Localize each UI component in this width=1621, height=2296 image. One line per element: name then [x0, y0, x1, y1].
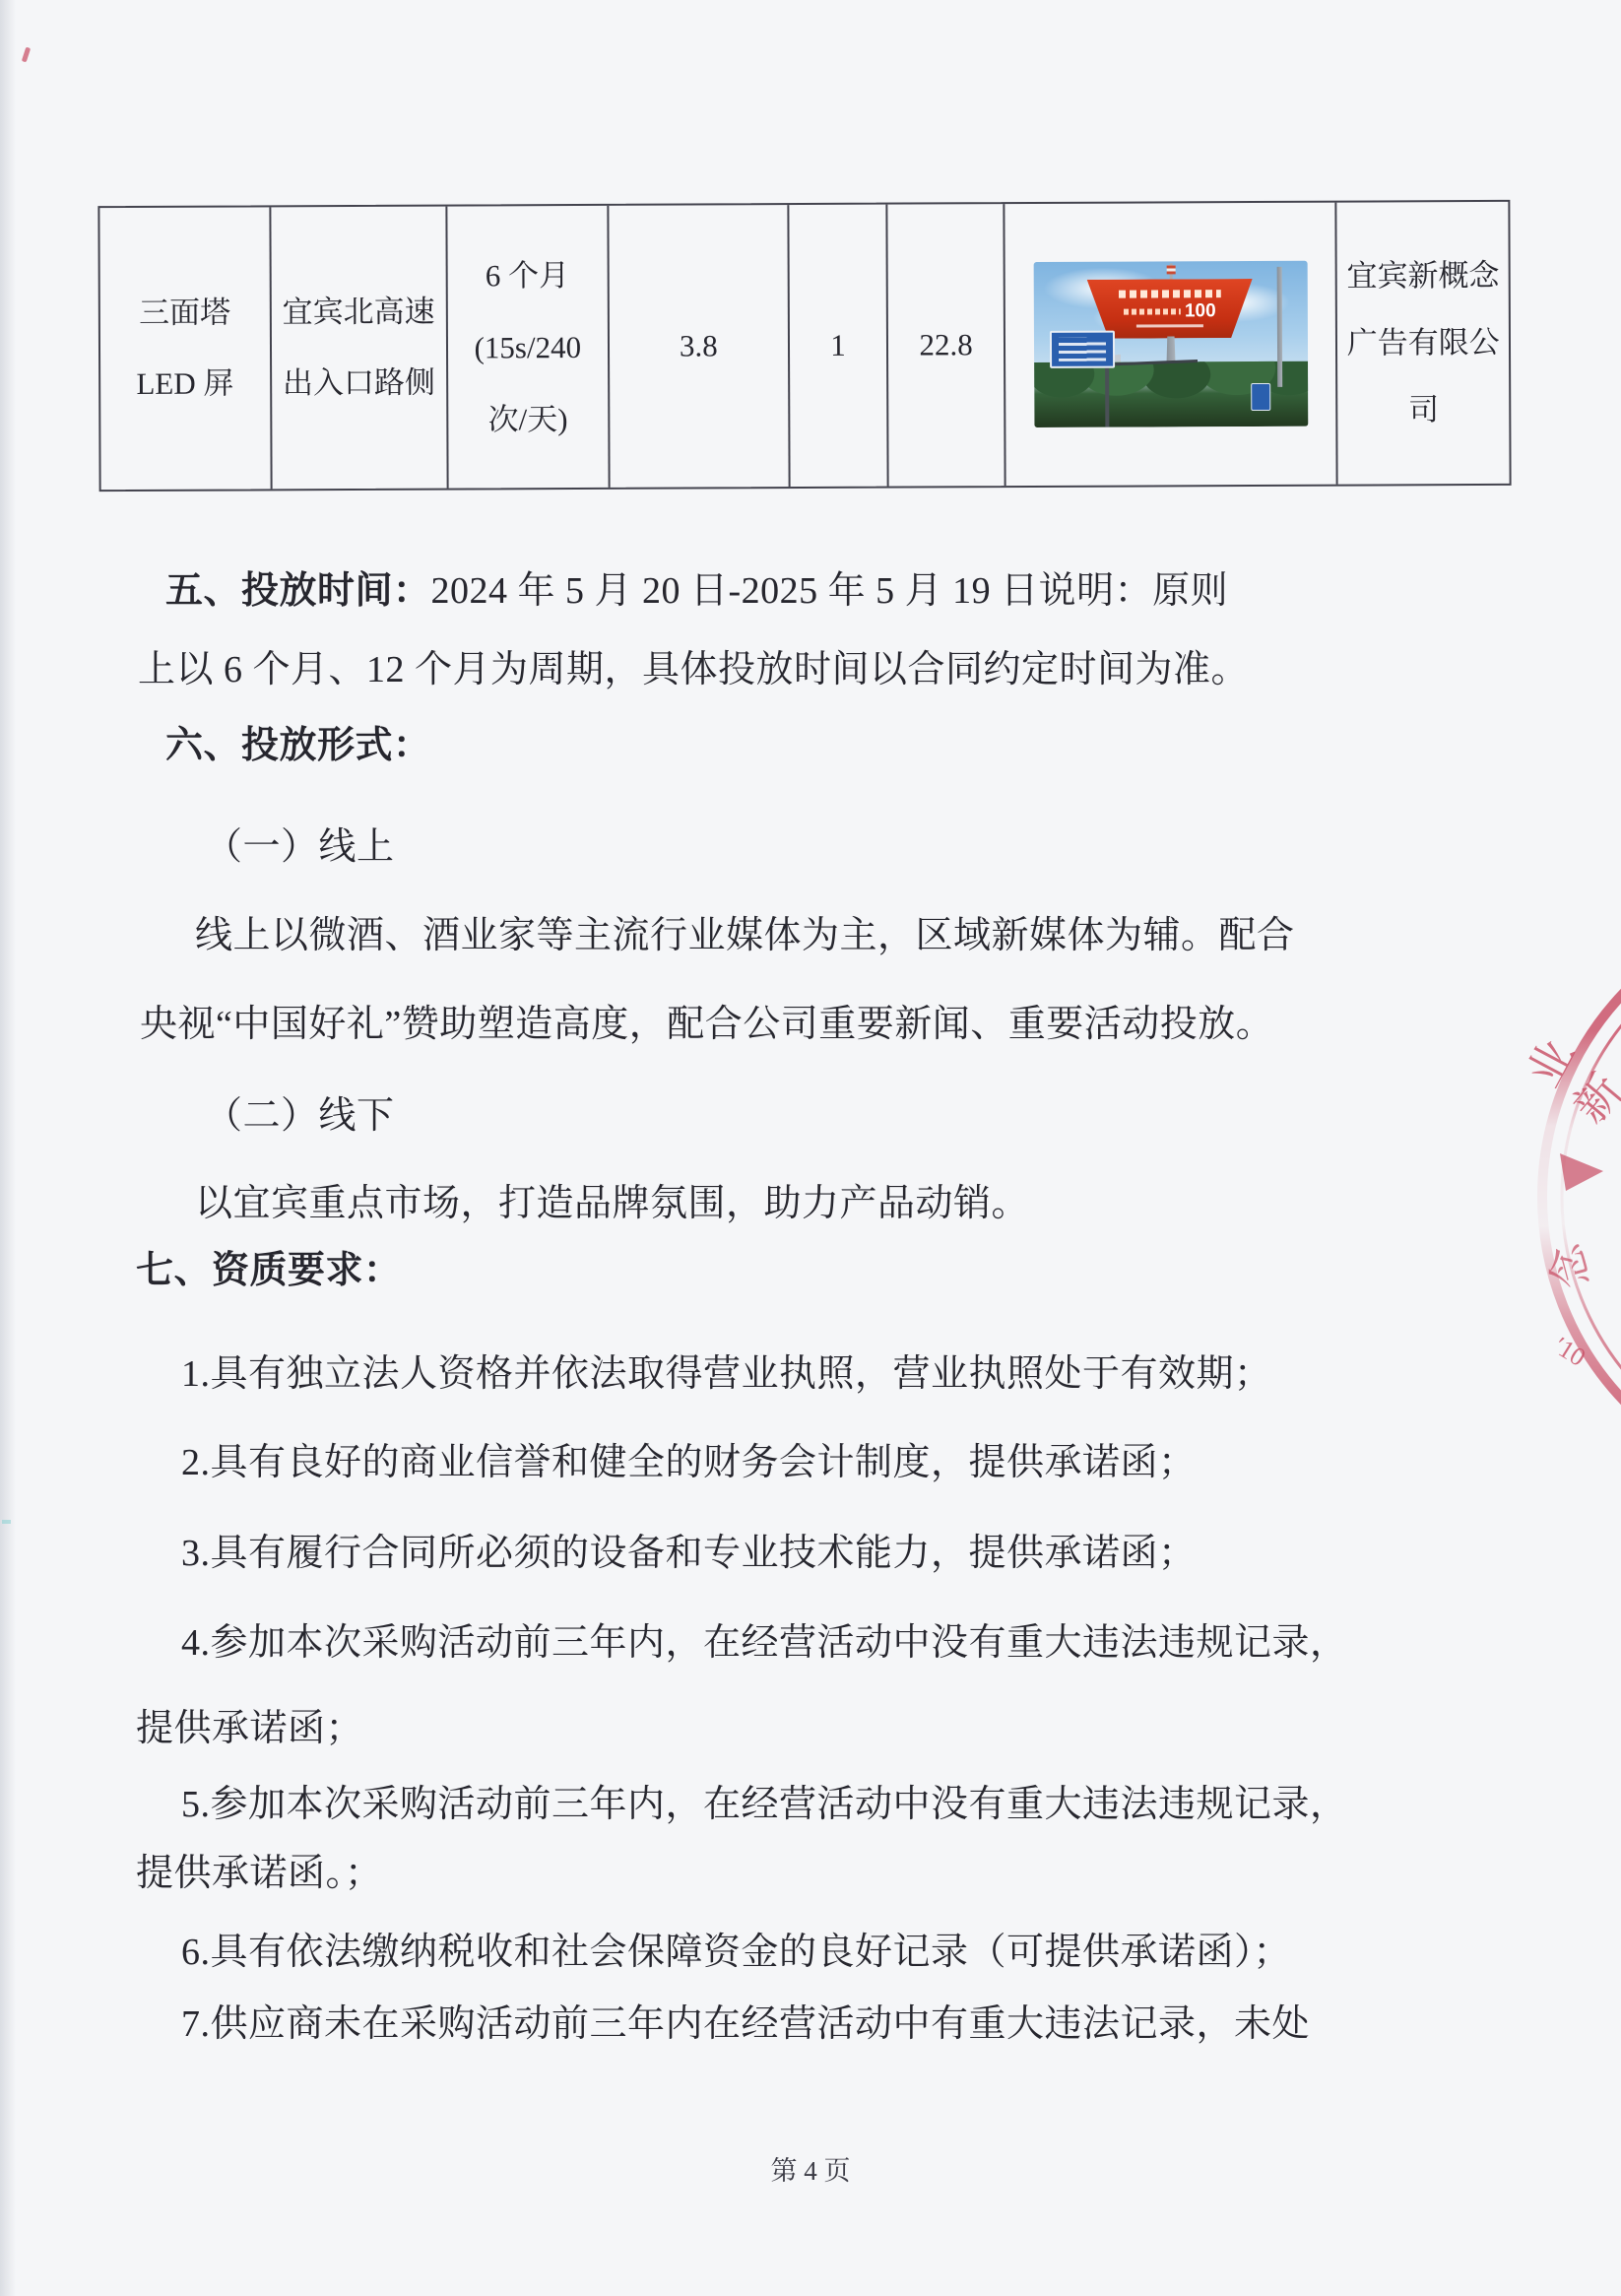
duration-line: (15s/240 — [474, 310, 581, 382]
company-line: 宜宾新概念 — [1346, 242, 1499, 310]
billboard-text-row — [1136, 324, 1202, 327]
requirement-item-3: 3.具有履行合同所必须的设备和专业技术能力，提供承诺函； — [181, 1531, 1197, 1576]
requirement-item-2: 2.具有良好的商业信誉和健全的财务会计制度，提供承诺函； — [181, 1440, 1197, 1485]
scanned-document-page: 三面塔 LED 屏 宜宾北高速 出入口路侧 6 个月 (15s/240 次/天)… — [0, 0, 1621, 2296]
table-cell-value3: 22.8 — [887, 204, 1006, 487]
location-line: 宜宾北高速 — [282, 277, 434, 349]
subsection1-line1: 线上以微酒、酒业家等主流行业媒体为主，区域新媒体为辅。配合 — [195, 913, 1295, 958]
value1-text: 3.8 — [680, 310, 718, 381]
table-cell-company: 宜宾新概念 广告有限公 司 — [1337, 202, 1510, 485]
seal-number: ′10 — [1549, 1331, 1590, 1371]
company-line: 广告有限公 — [1347, 309, 1500, 377]
section5-heading: 五、投放时间： — [165, 570, 431, 612]
red-pen-mark — [22, 47, 31, 63]
media-spec-table: 三面塔 LED 屏 宜宾北高速 出入口路侧 6 个月 (15s/240 次/天)… — [97, 200, 1511, 492]
value2-text: 1 — [830, 310, 846, 381]
road-sign-text-lines — [1059, 338, 1106, 361]
billboard-number: 100 — [1185, 301, 1216, 320]
subsection1-title: （一）线上 — [205, 824, 395, 870]
requirement-item-5-line2: 提供承诺函。； — [136, 1851, 383, 1896]
seal-ring-character: 念 — [1541, 1238, 1599, 1293]
blue-road-sign — [1050, 331, 1115, 368]
led-billboard: 100 — [1087, 279, 1253, 339]
table-cell-media-type: 三面塔 LED 屏 — [99, 207, 272, 490]
billboard-text-row: 100 — [1124, 301, 1216, 320]
seal-inner-ring — [1562, 970, 1621, 1433]
location-line: 出入口路侧 — [283, 348, 435, 420]
table-cell-value2: 1 — [789, 205, 888, 487]
billboard-text-fragment — [1124, 308, 1181, 314]
requirement-item-7: 7.供应商未在采购活动前三年内在经营活动中有重大违法记录，未处 — [181, 2001, 1310, 2047]
requirement-item-4-line2: 提供承诺函； — [136, 1706, 363, 1751]
media-type-line: LED 屏 — [136, 349, 233, 420]
requirement-item-4-line1: 4.参加本次采购活动前三年内，在经营活动中没有重大违法违规记录， — [181, 1620, 1348, 1666]
scan-edge-shading — [0, 0, 16, 2296]
subsection2-line1: 以宜宾重点市场，打造品牌氛围，助力产品动销。 — [195, 1181, 1029, 1226]
table-cell-value1: 3.8 — [609, 205, 791, 488]
billboard-text-row — [1119, 290, 1221, 297]
small-blue-sign — [1251, 383, 1270, 411]
subsection1-line2: 央视“中国好礼”赞助塑造高度，配合公司重要新闻、重要活动投放。 — [140, 1002, 1273, 1047]
duration-line: 6 个月 — [486, 239, 570, 311]
scan-artifact-mark — [2, 1520, 11, 1524]
billboard-antenna — [1170, 263, 1173, 281]
requirement-item-5-line1: 5.参加本次采购活动前三年内，在经营活动中没有重大违法违规记录， — [181, 1782, 1348, 1827]
table-cell-duration: 6 个月 (15s/240 次/天) — [447, 206, 610, 489]
table-cell-location: 宜宾北高速 出入口路侧 — [271, 207, 449, 490]
section7-heading: 七、资质要求： — [136, 1248, 402, 1293]
road-sign-pole — [1105, 364, 1109, 427]
requirement-item-6: 6.具有依法缴纳税收和社会保障资金的良好记录（可提供承诺函）； — [181, 1930, 1291, 1975]
tall-pole — [1277, 267, 1283, 387]
section5-text: 2024 年 5 月 20 日-2025 年 5 月 19 日说明：原则 — [431, 570, 1229, 612]
seal-outer-ring — [1542, 970, 1621, 1433]
billboard-photo: 100 — [1034, 261, 1309, 427]
seal-ring-character: 业 — [1519, 1031, 1585, 1095]
requirement-item-1: 1.具有独立法人资格并依法取得营业执照，营业执照处于有效期； — [181, 1351, 1272, 1397]
media-type-line: 三面塔 — [139, 278, 230, 349]
red-seal-partial: 业 新 念 ′10 — [1511, 970, 1621, 1433]
seal-ring-character: 新 — [1565, 1065, 1621, 1132]
page-number: 第 4 页 — [0, 2149, 1621, 2188]
seal-star-tip — [1560, 1153, 1603, 1191]
section6-heading: 六、投放形式： — [165, 723, 431, 768]
subsection2-title: （二）线下 — [205, 1093, 395, 1139]
duration-line: 次/天) — [487, 383, 567, 455]
section5-line1: 五、投放时间：2024 年 5 月 20 日-2025 年 5 月 19 日说明… — [165, 568, 1228, 614]
value3-text: 22.8 — [919, 309, 973, 380]
company-line: 司 — [1408, 376, 1439, 443]
table-cell-photo: 100 — [1005, 203, 1338, 486]
section5-line2: 上以 6 个月、12 个月为周期，具体投放时间以合同约定时间为准。 — [138, 647, 1249, 692]
